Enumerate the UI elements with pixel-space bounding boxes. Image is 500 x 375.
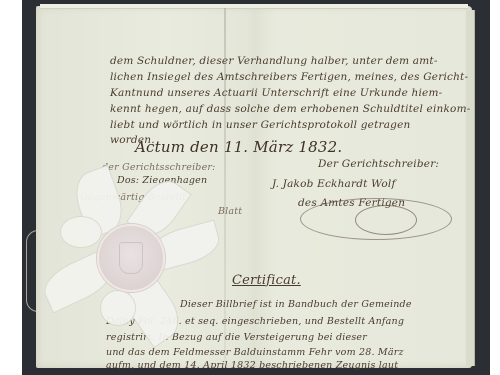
left-annotation: Blatt (218, 206, 242, 217)
actum-date-line: Actum den 11. März 1832. (135, 138, 342, 156)
certificate-line: und das dem Feldmesser Balduinstamm Fehr… (106, 347, 404, 358)
paper-right-edge (466, 10, 475, 366)
paper-seal-rosette (40, 170, 220, 340)
signature-flourish (355, 205, 417, 235)
certificate-line: aufm, und dem 14. April 1832 beschrieben… (106, 360, 398, 371)
signature-name: J. Jakob Eckhardt Wolf (272, 178, 396, 190)
certificate-title: Certificat. (232, 273, 301, 288)
paper-top-edge (40, 4, 468, 9)
body-line: dem Schuldner, dieser Verhandlung halber… (110, 55, 438, 67)
body-line: liebt und wörtlich in unser Gerichtsprot… (110, 119, 410, 131)
seal-crest-icon (119, 242, 143, 274)
rosette-petal (60, 216, 102, 248)
body-line: lichen Insiegel des Amtschreibers Fertig… (110, 71, 468, 83)
signature-title: Der Gerichtschreiber: (318, 158, 439, 170)
body-line: Kantnund unseres Actuarii Unterschrift e… (110, 87, 442, 99)
rosette-petal (100, 290, 136, 326)
embossed-wafer-seal (97, 224, 165, 292)
body-line: kennt hegen, auf dass solche dem erhoben… (110, 103, 470, 115)
